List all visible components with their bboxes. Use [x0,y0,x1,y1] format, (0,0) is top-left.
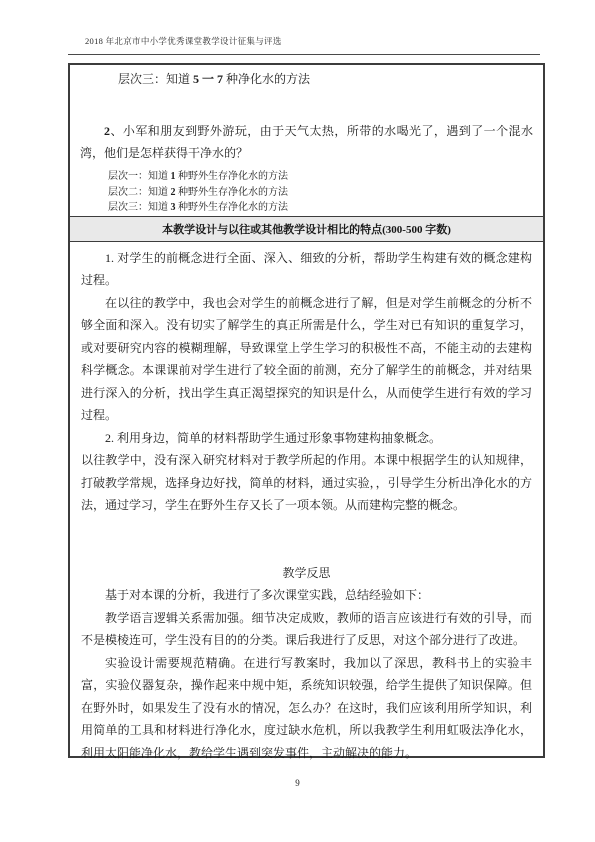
objective-top-line-post: 种净化水的方法 [223,72,310,86]
table-row-objectives: 层次三：知道 5 一 7 种净化水的方法 2、小军和朋友到野外游玩，由于天气太热… [70,65,543,216]
reflection-title: 教学反思 [81,562,532,585]
level-2-pre: 层次二：知道 [108,187,171,198]
objective-top-line-number: 5 一 7 [193,72,223,86]
feature-paragraph-1: 在以往的教学中，我也会对学生的前概念进行了解，但是对学生前概念的分析不够全面和深… [81,292,532,427]
question-text: 2、小军和朋友到野外游玩，由于天气太热，所带的水喝光了，遇到了一个混水湾，他们是… [80,120,533,164]
objective-level-2: 层次二：知道 2 种野外生存净化水的方法 [108,185,533,201]
objective-top-line: 层次三：知道 5 一 7 种净化水的方法 [118,71,533,87]
objective-level-3: 层次三：知道 3 种野外生存净化水的方法 [108,200,533,216]
objective-level-list: 层次一：知道 1 种野外生存净化水的方法 层次二：知道 2 种野外生存净化水的方… [108,169,533,216]
feature-point-1: 1. 对学生的前概念进行全面、深入、细致的分析，帮助学生构建有效的概念建构过程。 [81,247,532,292]
level-1-pre: 层次一：知道 [108,171,171,182]
reflection-paragraph-2: 实验设计需要规范精确。在进行写教案时，我加以了深思，教科书上的实验丰富，实验仪器… [81,652,532,765]
reflection-intro: 基于对本课的分析，我进行了多次课堂实践，总结经验如下： [81,584,532,607]
objective-level-1: 层次一：知道 1 种野外生存净化水的方法 [108,169,533,185]
reflection-paragraph-1: 教学语言逻辑关系需加强。细节决定成败，教师的语言应该进行有效的引导，而不是模棱连… [81,607,532,652]
level-3-post: 种野外生存净化水的方法 [176,202,289,213]
level-3-pre: 层次三：知道 [108,202,171,213]
table-row-content: 1. 对学生的前概念进行全面、深入、细致的分析，帮助学生构建有效的概念建构过程。… [70,242,543,765]
table-row-section-header: 本教学设计与以往或其他教学设计相比的特点(300-500 字数) [70,216,543,242]
document-header: 2018 年北京市中小学优秀课堂教学设计征集与评选 [68,31,540,55]
level-2-post: 种野外生存净化水的方法 [176,187,289,198]
section-header-title: 本教学设计与以往或其他教学设计相比的特点(300-500 字数) [162,221,451,237]
question-body: 、小军和朋友到野外游玩，由于天气太热，所带的水喝光了，遇到了一个混水湾，他们是怎… [80,124,533,160]
spacer [81,517,532,562]
document-page: 2018 年北京市中小学优秀课堂教学设计征集与评选 层次三：知道 5 一 7 种… [0,0,595,842]
feature-point-2: 2. 利用身边，简单的材料帮助学生通过形象事物建构抽象概念。 [81,427,532,450]
spacer [80,87,533,120]
page-number: 9 [0,778,595,788]
feature-paragraph-2: 以往教学中，没有深入研究材料对于教学所起的作用。本课中根据学生的认知规律，打破教… [81,449,532,517]
level-1-post: 种野外生存净化水的方法 [176,171,289,182]
content-table: 层次三：知道 5 一 7 种净化水的方法 2、小军和朋友到野外游玩，由于天气太热… [68,63,545,758]
objective-top-line-pre: 层次三：知道 [118,72,193,86]
document-header-title: 2018 年北京市中小学优秀课堂教学设计征集与评选 [68,36,282,46]
